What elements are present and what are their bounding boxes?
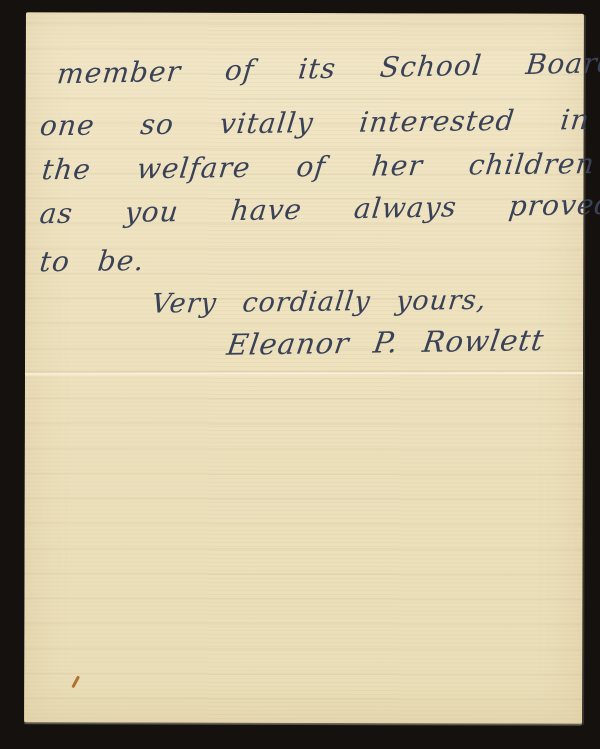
scanned-letter-photo: member of its School Board one so vitall…: [0, 0, 600, 749]
letter-line-2: one so vitally interested in: [39, 106, 592, 140]
letter-paper: member of its School Board one so vitall…: [24, 12, 584, 723]
letter-line-5: to be.: [38, 247, 146, 276]
fold-crease: [25, 371, 583, 377]
valediction: Very cordially yours,: [150, 287, 488, 318]
signature: Eleanor P. Rowlett: [225, 326, 546, 360]
letter-line-1: member of its School Board: [56, 49, 600, 88]
letter-line-3: the welfare of her children: [40, 150, 596, 184]
stray-ink-mark: [71, 675, 80, 688]
letter-line-4: as you have always proved: [38, 191, 600, 228]
